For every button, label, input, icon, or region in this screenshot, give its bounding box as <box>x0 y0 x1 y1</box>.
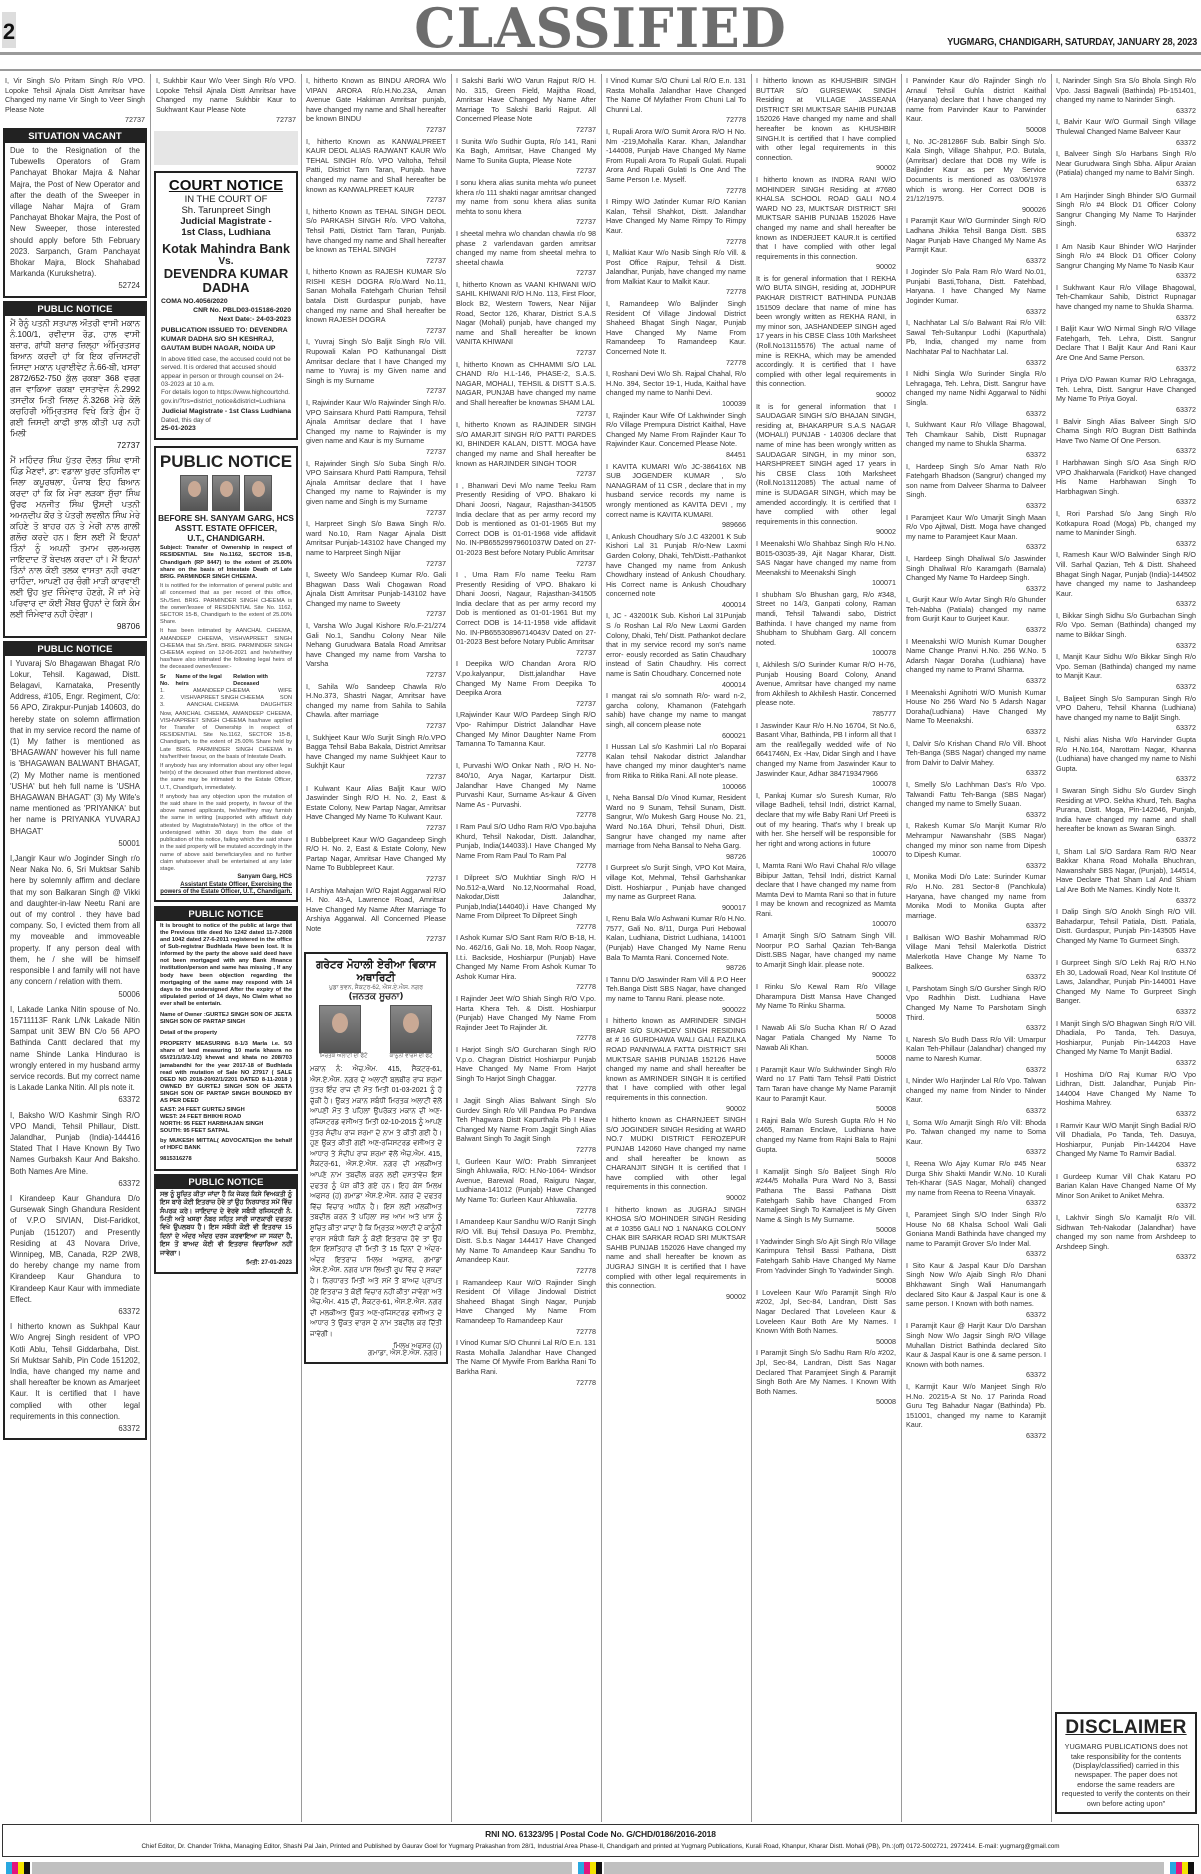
ad-code: 72778 <box>456 860 596 871</box>
classified-ad: I hitherto known as KHUSHBIR SINGH BUTTA… <box>753 76 899 173</box>
classified-ad: I Gurdeep Kumar Vill Chak Kataru PO Bari… <box>1053 1172 1199 1211</box>
classified-ad: I Deepika W/O Chandan Arora R/O V.po.kal… <box>453 659 599 708</box>
box-header: PUBLIC NOTICE <box>5 303 145 316</box>
box-header: PUBLIC NOTICE <box>5 643 145 656</box>
classified-ad: I Yadwinder Singh S/o Ajit Singh R/o Vil… <box>753 1237 899 1286</box>
ad-code: 50008 <box>756 1224 896 1235</box>
classified-ad: I Manjit Singh S/O Bhagwan Singh R/O Vil… <box>1053 1019 1199 1068</box>
ad-code: 63372 <box>1056 105 1196 116</box>
classified-ad: I, Karmjit Kaur W/o Manjeet Singh R/o H.… <box>903 1382 1049 1441</box>
ad-code: 63372 <box>1056 137 1196 148</box>
classified-ad: I, hitherto Known as VAANI KHIWANI W/O S… <box>453 280 599 358</box>
classified-ad: I Gurpreet s/o Surjit Singh, VPO Kot Mai… <box>603 863 749 912</box>
classified-ad: I Jaswinder Kaur R/o H.No 16704, St No.6… <box>753 721 899 789</box>
ad-code: 72737 <box>456 165 596 176</box>
classified-ad: I, Balveer Singh S/o Harbans Singh R/o N… <box>1053 149 1199 188</box>
situation-vacant-box: SITUATION VACANT Due to the Resignation … <box>3 128 147 298</box>
court-notice-title: COURT NOTICE <box>161 177 291 194</box>
classified-ad: I Ramandeep Kaur W/O Rajinder Singh Resi… <box>453 1278 599 1337</box>
ad-code: 63372 <box>1056 834 1196 845</box>
classified-ad: I, Mamta Rani W/o Ravi Chahal R/o villag… <box>753 861 899 929</box>
classified-ad: I, Gurjit Kaur W/o Avtar Singh R/o Ghund… <box>903 595 1049 634</box>
ad-code: 63372 <box>1056 722 1196 733</box>
ad-code: 90002 <box>606 1103 746 1114</box>
classified-ad: I Rinku S/o Kewal Ram R/o Village Dharam… <box>753 982 899 1021</box>
ad-code: 72737 <box>306 124 446 135</box>
ad-code: 63372 <box>906 541 1046 552</box>
disclaimer-box: DISCLAIMER YUGMARG PUBLICATIONS does not… <box>1055 1712 1197 1814</box>
classified-ad: I Yuvaraj S/o Bhagawan Bhagat R/o Lokur,… <box>5 656 145 849</box>
classified-ad: I, Pankaj Kumar s/o Suresh Kumar, R/o vi… <box>753 791 899 859</box>
classified-ad: I, Rakesh Kumar S/o Manjit Kumar R/o Meh… <box>903 821 1049 870</box>
classified-ad: I, Lakhvir Singh S/o Kamaljit R/o Vill. … <box>1053 1213 1199 1262</box>
classified-ad: I Harjot Singh S/O Gurcharan Singh R/O V… <box>453 1045 599 1094</box>
classified-ad: I Balkisan W/O Bashir Mohammad R/O Villa… <box>903 933 1049 982</box>
classified-ad: I Hoshima D/O Raj Kumar R/O Vpo Lidhran,… <box>1053 1070 1199 1119</box>
classified-ad: I, Nachhatar Lal S/o Balwant Rai R/o Vil… <box>903 318 1049 367</box>
ad-code: 63372 <box>1056 404 1196 415</box>
ad-code: 63372 <box>10 1093 140 1105</box>
ad-code: 63372 <box>1056 1006 1196 1017</box>
ad-code: 63372 <box>1056 1251 1196 1262</box>
classified-ad: I, Sukhjeet Kaur W/o Surjit Singh R/o.VP… <box>303 733 449 782</box>
ad-code: 100078 <box>756 778 896 789</box>
classified-ad: I Nawab Ali S/o Sucha Khan R/ O Azad Nag… <box>753 1023 899 1062</box>
classified-ad: I Ram Paul S/O Udho Ram R/O Vpo.bajuha K… <box>453 822 599 871</box>
ad-code: 63372 <box>10 1177 140 1189</box>
ad-code: 72737 <box>306 822 446 833</box>
classified-ad: I Ramvir Kaur W/O Manjit Singh Badial R/… <box>1053 1121 1199 1170</box>
ad-code: 63372 <box>1056 270 1196 281</box>
ad-code: 90002 <box>606 1291 746 1302</box>
ad-code: 90002 <box>756 526 896 537</box>
classified-ad: I, Ankush Choudhary S/o J.C 432001 K Sub… <box>603 532 749 610</box>
classified-ad: I sonu khera alias sunita mehta w/o pune… <box>453 178 599 227</box>
classified-ad: I , Bhanwari Devi M/o name Teeku Ram Pre… <box>453 481 599 568</box>
ad-code: 72737 <box>306 507 446 518</box>
person-photo <box>244 475 272 511</box>
classified-ad: I Harbhawan Singh S/O Asa Singh R/O VPO … <box>1053 458 1199 507</box>
photo-row <box>156 475 296 511</box>
classified-ad: I, Hardeep Singh Dhaliwal S/o Jaswinder … <box>903 554 1049 593</box>
ad-code: 50008 <box>756 1011 896 1022</box>
ad-code: 50008 <box>756 1052 896 1063</box>
classified-ad: I,Rajwinder Kaur W/O Pardeep Singh R/O V… <box>453 710 599 759</box>
ad-code: 900017 <box>606 902 746 913</box>
classified-ad: I, Reena W/o Ajay Kumar R/o #45 Near Dur… <box>903 1159 1049 1208</box>
punjabi-public-notice-box: PUBLIC NOTICE ਮੈਂ ਰੈਨੂੰ ਪਤਨੀ ਸਤਪਾਲ ਔਤਰੀ … <box>3 301 147 638</box>
classified-ad: I Jagjit Singh Alias Balwant Singh S/o G… <box>453 1096 599 1155</box>
classified-ad: I, Balvir Kaur W/O Gurmail Singh Village… <box>1053 117 1199 147</box>
classified-ad: I hitherto known as AMRINDER SINGH BRAR … <box>603 1016 749 1113</box>
ad-code: 72737 <box>306 194 446 205</box>
ad-code: 72737 <box>306 385 446 396</box>
ad-code: 63372 <box>906 306 1046 317</box>
ad-code: 63372 <box>1056 445 1196 456</box>
column-divider <box>901 74 902 1822</box>
ad-code: 72778 <box>456 1377 596 1388</box>
classified-ad: I, Soma W/o Amarjit Singh R/o Vill: Bhod… <box>903 1118 1049 1157</box>
box-header: PUBLIC NOTICE <box>156 1176 296 1189</box>
ad-code: 98706 <box>10 620 140 632</box>
plaintiff: Kotak Mahindra Bank <box>161 242 291 256</box>
classified-ad: I KAVITA KUMARI W/o JC-386416X NB SUB JO… <box>603 462 749 530</box>
classified-ad: I Kamaljit Singh S/o Baljeet Singh R/o #… <box>753 1167 899 1235</box>
classified-ad: I, Sukhwant Kaur R/o Village Bhagowal, T… <box>903 420 1049 459</box>
classified-ad: I Joginder S/o Pala Ram R/o Ward No.01, … <box>903 267 1049 316</box>
next-date: Next Date:- 24-03-2023 <box>161 316 291 325</box>
punjabi-public-notice-box-2: PUBLIC NOTICE ਸਭ ਨੂੰ ਸੂਚਿਤ ਕੀਤਾ ਜਾਂਦਾ ਹੈ… <box>154 1174 298 1274</box>
classified-ad: I Kulwant Kaur Alias Baljit Kaur W/O Jas… <box>303 784 449 833</box>
ad-code: 50006 <box>10 988 140 1000</box>
masthead-rule <box>0 52 1201 55</box>
ad-code: 63372 <box>906 583 1046 594</box>
ad-code: 98726 <box>606 962 746 973</box>
column-7: I Parwinder Kaur d/o Rajinder Singh r/o … <box>903 74 1049 1822</box>
ad-code: 72737 <box>306 325 446 336</box>
ad-code: 63372 <box>1056 895 1196 906</box>
ad-code: 100066 <box>606 781 746 792</box>
classified-ad: I, Baljeet Singh S/o Sampuran Singh R/o … <box>1053 694 1199 733</box>
ad-code: 90002 <box>756 389 896 400</box>
ad-code: 63372 <box>1056 312 1196 323</box>
grey-strip <box>32 1862 572 1874</box>
classified-ad: I, Nishi alias Nisha W/o Harvinder Gupta… <box>1053 735 1199 784</box>
ad-code: 900022 <box>606 1004 746 1015</box>
ad-code: 63372 <box>1056 538 1196 549</box>
ad-code: 989666 <box>606 519 746 530</box>
ad-code: 100070 <box>756 918 896 929</box>
ad-code: 50008 <box>756 1396 896 1407</box>
classified-ad: I Parwinder Kaur d/o Rajinder Singh r/o … <box>903 76 1049 135</box>
ad-code: 52724 <box>10 279 140 291</box>
classified-ad: ਮੈਂ ਰੈਨੂੰ ਪਤਨੀ ਸਤਪਾਲ ਔਤਰੀ ਵਾਸੀ ਮਕਾਨ ਨੰ.1… <box>5 316 145 451</box>
english-public-notice-box: PUBLIC NOTICE I Yuvaraj S/o Bhagawan Bha… <box>3 641 147 1441</box>
ad-list: I Parwinder Kaur d/o Rajinder Singh r/o … <box>903 74 1049 1441</box>
classified-ad: I Sukhwant Kaur R/o Village Bhagowal, Te… <box>1053 283 1199 322</box>
classified-ad: I Rimpy W/O Jatinder Kumar R/O Kanian Ka… <box>603 197 749 246</box>
ad-code: 50008 <box>756 1103 896 1114</box>
ad-list: I Sakshi Barki W/O Varun Rajput R/O H. N… <box>453 74 599 1387</box>
ad-code: 63372 <box>906 726 1046 737</box>
ad-code: 72737 <box>456 647 596 658</box>
ad-code: 100039 <box>606 398 746 409</box>
ad-code: 100070 <box>756 848 896 859</box>
classified-ad: I Vinod Kumar S/O Chuni Lal R/O E.n. 131… <box>603 76 749 125</box>
ad-code: 84451 <box>606 449 746 460</box>
column-3: I, hitherto Known as BINDU ARORA W/o VIP… <box>303 74 449 1822</box>
legal-heirs-table: Sr No.Name of the legal heirsRelation wi… <box>156 673 296 710</box>
classified-ad: I, hitherto Known as KANWALPREET KAUR DE… <box>303 137 449 205</box>
classified-ad: I Paramjit Kaur W/o Sukhwinder Singh R/o… <box>753 1065 899 1114</box>
ad-code: 72778 <box>456 1144 596 1155</box>
judge-name: Sh. Tarunpreet Singh <box>161 205 291 216</box>
classified-ad: I, Naresh S/o Budh Dass R/o Vill: Umarpu… <box>903 1035 1049 1074</box>
ad-code: 72737 <box>306 446 446 457</box>
person-photo <box>390 1005 432 1053</box>
classified-ad: I, Rajinder Kaur Wife Of Lakhwinder Sing… <box>603 411 749 460</box>
ad-code: 72737 <box>456 468 596 479</box>
registration-mark-black <box>24 1862 30 1874</box>
ad-code: 63372 <box>906 1064 1046 1075</box>
classified-ad: I Am Harjinder Singh Bhinder S/O Gurmail… <box>1053 191 1199 240</box>
classified-ad: I Ashok Kumar S/O Sant Ram R/O B-18, H. … <box>453 933 599 992</box>
classified-ad: I Kirandeep Kaur Ghandura D/o Gursewak S… <box>5 1191 145 1317</box>
classified-ad: I, Ramandeep W/o Baljinder Singh Residen… <box>603 299 749 367</box>
classified-ad: I, Smelly S/o Lachhman Das's R/o Vpo. Ta… <box>903 780 1049 819</box>
classified-ad: I, Baksho W/O Kashmir Singh R/O VPO Mand… <box>5 1108 145 1189</box>
classified-ad: I Paramjeet Kaur W/o Umarjit Singh Maan … <box>903 513 1049 552</box>
grey-strip <box>604 1862 1164 1874</box>
imprint-footer: RNI NO. 61323/95 | Postal Code No. G/CHD… <box>2 1824 1199 1857</box>
ad-code: 72737 <box>306 669 446 680</box>
ad-code: 400014 <box>606 599 746 610</box>
disclaimer-title: DISCLAIMER <box>1061 1717 1191 1739</box>
ad-code: 63372 <box>906 920 1046 931</box>
gmada-notice-box: ਗਰੇਟਰ ਮੋਹਾਲੀ ਏਰੀਆ ਵਿਕਾਸ ਅਥਾਰਿਟੀ ਪੁਡਾ ਭਵਨ… <box>304 952 448 1364</box>
column-2: I, Sukhbir Kaur W/o Veer Singh R/o VPO. … <box>153 74 299 1822</box>
ad-code: 72737 <box>306 608 446 619</box>
classified-ad: I, Hardeep Singh S/o Amar Nath R/o Fateh… <box>903 462 1049 511</box>
gmada-header: ਗਰੇਟਰ ਮੋਹਾਲੀ ਏਰੀਆ ਵਿਕਾਸ ਅਥਾਰਿਟੀ <box>306 959 446 985</box>
defendant: DEVENDRA KUMAR DADHA <box>161 267 291 295</box>
ad-code: 63372 <box>1056 496 1196 507</box>
classified-ad: ਮੈਂ ਮਹਿੰਦਰ ਸਿੰਘ ਪੁੱਤਰ ਦੌਲਤ ਸਿੰਘ ਵਾਸੀ ਪਿੰ… <box>5 453 145 632</box>
ad-code: 63372 <box>1056 1200 1196 1211</box>
classified-ad: I, Lakade Lanka Nitin spouse of No. 1571… <box>5 1002 145 1106</box>
ad-code: 72737 <box>306 771 446 782</box>
classified-ad: I, hitherto Known as RAJINDER SINGH S/O … <box>453 420 599 479</box>
registration-mark-black <box>596 1862 602 1874</box>
classified-ad: I Arshiya Mahajan W/O Rajat Aggarwal R/O… <box>303 886 449 945</box>
ad-code: 63372 <box>906 971 1046 982</box>
print-registration-bar <box>0 1862 1201 1874</box>
person-photo <box>180 475 208 511</box>
ad-code: 100078 <box>756 647 896 658</box>
classified-ad: I, Sham Lal S/O Sardara Ram R/O Near Bak… <box>1053 847 1199 906</box>
column-divider <box>1051 74 1052 1822</box>
classified-ad: I, hitherto Known as TEHAL SINGH DEOL S/… <box>303 207 449 266</box>
ad-code: 72737 <box>456 408 596 419</box>
classified-ad: I, Paramjeet Singh S/O Inder Singh R/o H… <box>903 1210 1049 1259</box>
classified-ad: I, Malkiat Kaur W/o Nasib Singh R/o Vill… <box>603 248 749 297</box>
disclaimer-text: YUGMARG PUBLICATIONS does not take respo… <box>1061 1742 1191 1808</box>
ad-code: 63372 <box>906 500 1046 511</box>
ad-code: 63372 <box>1056 1108 1196 1119</box>
court-notice-box: COURT NOTICE IN THE COURT OF Sh. Tarunpr… <box>154 171 298 440</box>
classified-ad: I Swaran Singh Sidhu S/o Gurdev Singh Re… <box>1053 786 1199 845</box>
ad-code: 90002 <box>606 1192 746 1203</box>
classified-ad: I, hitherto Known as RAJESH KUMAR S/o RI… <box>303 267 449 335</box>
classified-ad: I, Rajwinder Singh S/o Suba Singh R/o. V… <box>303 459 449 518</box>
ad-code: 72778 <box>456 749 596 760</box>
column-6: I hitherto known as KHUSHBIR SINGH BUTTA… <box>753 74 899 1822</box>
classified-ad: I Hussan Lal s/o Kashmiri Lal r/o Bopara… <box>603 742 749 791</box>
classified-ad: I hitherto known as CHARNJEET SINGH S/O … <box>603 1115 749 1202</box>
rni-line: RNI NO. 61323/95 | Postal Code No. G/CHD… <box>3 1829 1198 1839</box>
ad-code: 63372 <box>906 357 1046 368</box>
ad-code: 50008 <box>756 1275 896 1286</box>
imprint-line: Chief Editor, Dr. Chander Trikha, Managi… <box>21 1843 1180 1850</box>
classified-ad: I shubham S/o Bhushan garg, R/o #348, St… <box>753 590 899 658</box>
ad-code: 63372 <box>1056 598 1196 609</box>
ad-code: 63372 <box>906 255 1046 266</box>
ad-code: 72778 <box>606 236 746 247</box>
classified-ad: I Balvir Singh Alias Balveer Singh S/O C… <box>1053 417 1199 456</box>
ad-code: 72778 <box>606 286 746 297</box>
ad-code: 63372 <box>906 1022 1046 1033</box>
classified-ad: I, Narinder Singh Sra S/o Bhola Singh R/… <box>1053 76 1199 115</box>
classified-ad: I Gurpreet Singh S/O Lekh Raj R/O H.No E… <box>1053 958 1199 1017</box>
classified-ad: It is for general information that I SAU… <box>753 402 899 537</box>
ad-code: 72737 <box>306 720 446 731</box>
ad-code: 72778 <box>606 185 746 196</box>
ad-code: 785777 <box>756 708 896 719</box>
ad-code: 72737 <box>156 114 296 125</box>
ad-code: 72778 <box>456 1205 596 1216</box>
estate-public-notice-box: PUBLIC NOTICE BEFORE SH. SANYAM GARG, HC… <box>154 446 298 902</box>
ad-code: 63372 <box>906 624 1046 635</box>
classified-ad: I, Rori Parshad S/o Jang Singh R/o Kotka… <box>1053 509 1199 548</box>
ad-code: 72737 <box>306 873 446 884</box>
column-4: I Sakshi Barki W/O Varun Rajput R/O H. N… <box>453 74 599 1822</box>
photo-row: ਮਿਰਤਕ ਅਲਾਟੀ ਦੀ ਫੋਟੋ ਕਾਨੂੰਨੀ ਵਾਰਸ ਦੀ ਫੋਟੋ <box>306 1005 446 1060</box>
cnr-number: CNR No. PBLD03-015186-2020 <box>161 307 291 316</box>
public-notice-title: PUBLIC NOTICE <box>156 452 296 472</box>
ad-code: 63372 <box>1056 945 1196 956</box>
classified-ad: I , Uma Ram F/o name Teeku Ram Presently… <box>453 570 599 657</box>
ad-code: 72778 <box>456 1083 596 1094</box>
classified-ad: I Paramjit Kaur @ Harjit Kaur D/o Darsha… <box>903 1321 1049 1380</box>
classified-ad: I Meenakshi W/o Shahbaz Singh R/o H.No. … <box>753 539 899 588</box>
classified-ad: I, hitherto Known as CHHAMMI S/O LAL CHA… <box>453 360 599 419</box>
table-row: 1.AMANDEEP CHEEMAWIFE <box>160 688 292 695</box>
blank-ad-space <box>154 131 298 165</box>
ad-list: I, Narinder Singh Sra S/o Bhola Singh R/… <box>1053 74 1199 1262</box>
classified-ad: I Meenakshi W/O Munish Kumar Dougher Nam… <box>903 637 1049 686</box>
table-row: 2.VISHVAPREET SINGH CHEEMASON <box>160 695 292 702</box>
classified-ad: I, hitherto Known as BINDU ARORA W/o VIP… <box>303 76 449 135</box>
ad-code: 72778 <box>606 357 746 368</box>
classified-ad: I, JC - 432001K Sub. Kishori Lal 31Punja… <box>603 611 749 689</box>
classified-ad: I Loveleen Kaur W/o Paramjit Singh R/o #… <box>753 1288 899 1347</box>
classified-ad: I Meenakshi Agnihotri W/O Munish Kumar H… <box>903 688 1049 737</box>
classified-ad: I Tannu D/O Jaswinder Ram Vill & P.O Hee… <box>603 975 749 1014</box>
ad-code: 72737 <box>456 216 596 227</box>
column-divider <box>150 74 151 1822</box>
ad-code: 100071 <box>756 577 896 588</box>
ad-code: 72737 <box>456 347 596 358</box>
ad-code: 90002 <box>756 162 896 173</box>
column-divider <box>451 74 452 1822</box>
ad-code: 63372 <box>10 1305 140 1317</box>
ad-code: 72778 <box>606 114 746 125</box>
person-photo <box>319 1005 361 1053</box>
column-1: I, Vir Singh S/o Pritam Singh R/o VPO. L… <box>2 74 148 1822</box>
classified-ad: I, Yuvraj Singh S/o Baljit Singh R/o Vil… <box>303 337 449 396</box>
ad-code: 63372 <box>1056 1159 1196 1170</box>
classified-ad: I,Jangir Kaur w/o Joginder Singh r/o Nea… <box>5 851 145 1000</box>
content-top-rule <box>0 69 1201 71</box>
ad-code: 63372 <box>906 675 1046 686</box>
ad-code: 72778 <box>456 981 596 992</box>
ad-code: 63372 <box>1056 1057 1196 1068</box>
ad-code: 63372 <box>906 1146 1046 1157</box>
classified-ad: I, Sukhbir Kaur W/o Veer Singh R/o VPO. … <box>153 74 299 125</box>
ad-code: 63372 <box>1056 773 1196 784</box>
box-header: PUBLIC NOTICE <box>156 908 296 921</box>
classified-ad: I Bubbelpreet Kaur W/O Gagandeep Singh R… <box>303 835 449 884</box>
classified-ad: I Baljit Kaur W/O Nirmal Singh R/O Villa… <box>1053 324 1199 373</box>
ad-code: 63372 <box>10 1422 140 1434</box>
ad-code: 63372 <box>906 1369 1046 1380</box>
classified-ad: I, Sweety W/o Sandeep Kumar R/o. Gali Bh… <box>303 570 449 619</box>
column-divider <box>601 74 602 1822</box>
classified-ad: I, Ninder W/o Harjinder Lal R/o Vpo. Tal… <box>903 1076 1049 1115</box>
ad-code: 63372 <box>906 860 1046 871</box>
ad-code: 900026 <box>906 204 1046 215</box>
ad-code: 50001 <box>10 837 140 849</box>
classified-ad: I, Manjit Kaur Sidhu W/o Bikkar Singh R/… <box>1053 652 1199 691</box>
classified-ad: I Amandeep Kaur Sandhu W/O Ranjit Singh … <box>453 1217 599 1276</box>
masthead: 2 CLASSIFIED YUGMARG, CHANDIGARH, SATURD… <box>0 0 1201 52</box>
ad-code: 600021 <box>606 730 746 741</box>
ad-code: 63372 <box>906 1197 1046 1208</box>
ad-code: 63372 <box>906 1248 1046 1259</box>
ad-code: 72737 <box>10 439 140 451</box>
ad-list: I hitherto known as KHUSHBIR SINGH BUTTA… <box>753 74 899 1407</box>
classified-ad: I hitherto known as Sukhpal Kaur W/o Ang… <box>5 1319 145 1434</box>
ad-code: 63372 <box>1056 640 1196 651</box>
classified-ad: I, No. JC-281286F Sub. Balbir Singh S/o.… <box>903 137 1049 215</box>
ad-code: 72737 <box>456 124 596 135</box>
ad-code: 63372 <box>906 1309 1046 1320</box>
ad-code: 90002 <box>756 261 896 272</box>
classified-ad: I, Vir Singh S/o Pritam Singh R/o VPO. L… <box>2 74 148 125</box>
ad-code: 50008 <box>756 1154 896 1165</box>
ad-code: 63372 <box>1056 681 1196 692</box>
classified-ad: I Dilpreet S/O Mukhtiar Singh R/O H No.5… <box>453 873 599 932</box>
classified-ad: I, Gurleen Kaur W/O: Prabh Simranjeet Si… <box>453 1157 599 1216</box>
ad-code: 72778 <box>456 1265 596 1276</box>
classified-ad: I Nidhi Singla W/o Surinder Singla R/o L… <box>903 369 1049 418</box>
classified-ad: I, Renu Bala W/o Ashwani Kumar R/o H.No.… <box>603 914 749 973</box>
ad-code: 72737 <box>5 114 145 125</box>
ad-code: 72737 <box>306 255 446 266</box>
classified-ad: I Sunita W/o Sudhir Gupta, R/o 141, Rani… <box>453 137 599 176</box>
classified-ad: I, Dalvir S/o Krishan Chand R/o Vill. Bh… <box>903 739 1049 778</box>
classified-ad: It is for general information that I REK… <box>753 274 899 400</box>
classified-ad: I, Neha Bansal D/o Vinod Kumar, Resident… <box>603 793 749 861</box>
classified-ad: I, Purvashi W/O Onkar Nath , R/O H. No-8… <box>453 761 599 820</box>
ad-code: 63372 <box>1056 229 1196 240</box>
ad-code: 400014 <box>606 679 746 690</box>
ad-code: 63372 <box>906 809 1046 820</box>
classified-ad: I Sakshi Barki W/O Varun Rajput R/O H. N… <box>453 76 599 135</box>
classified-ad: I Am Nasib Kaur Bhinder W/O Harjinder Si… <box>1053 242 1199 281</box>
ad-code: 50008 <box>756 1336 896 1347</box>
classified-ad: I, Sahila W/o Sandeep Chawla R/o H.No.37… <box>303 682 449 731</box>
ad-code: 63372 <box>1056 363 1196 374</box>
ad-code: 72737 <box>456 558 596 569</box>
classified-ad: I, Roshani Devi W/o Sh. Rajpal Chahal, R… <box>603 369 749 408</box>
registration-mark-black <box>1188 1862 1194 1874</box>
classified-ad: I Dalip Singh S/O Anokh Singh R/O Vill. … <box>1053 907 1199 956</box>
classified-ad: I, Rupali Arora W/O Sumit Arora R/O H No… <box>603 127 749 195</box>
ad-code: 63372 <box>906 449 1046 460</box>
ad-code: 72778 <box>456 1032 596 1043</box>
ad-code: 72737 <box>456 698 596 709</box>
